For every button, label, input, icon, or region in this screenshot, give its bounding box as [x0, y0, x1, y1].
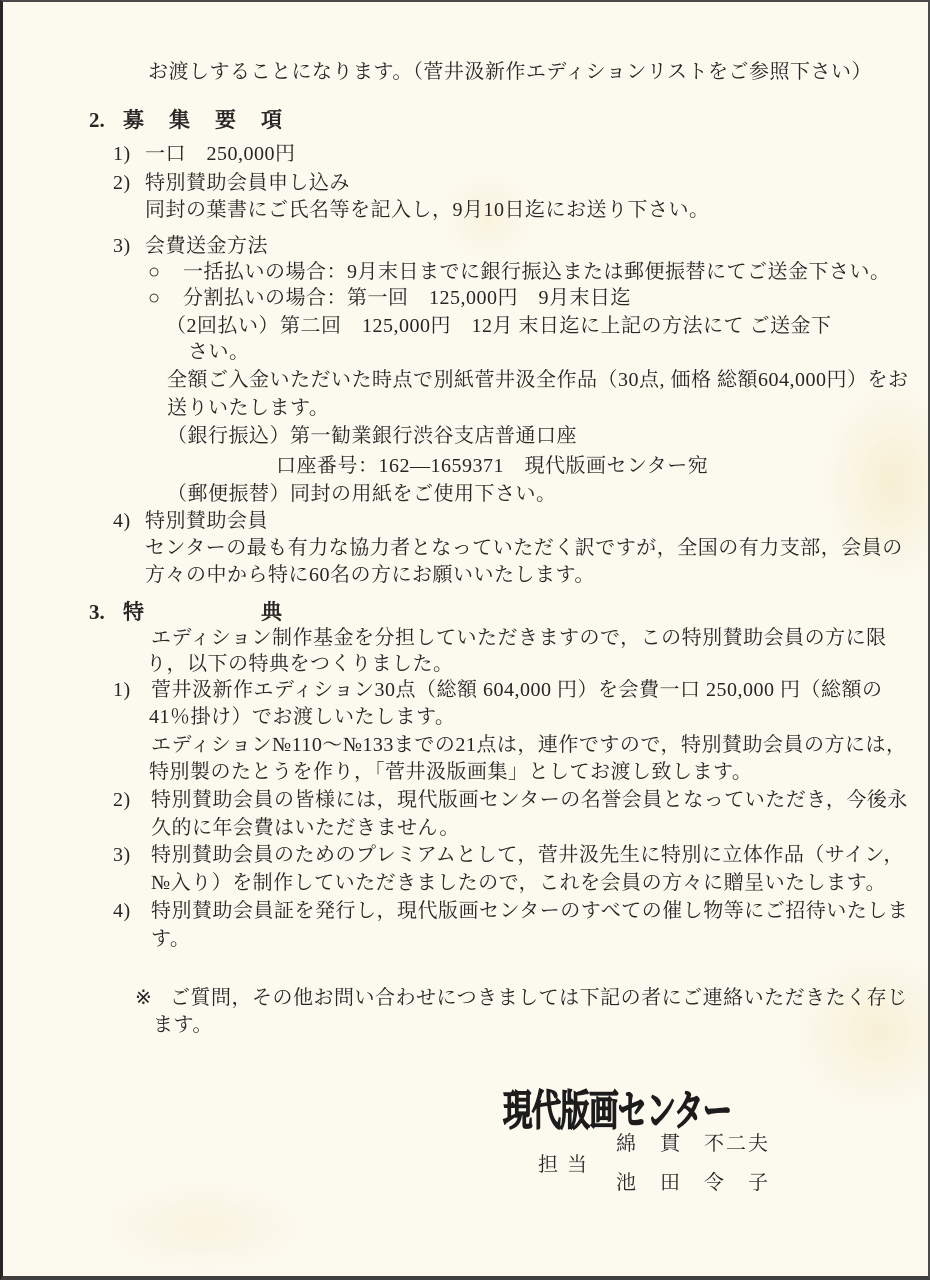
bullet-lump-sum: ○一括払いの場合：9月末日までに銀行振込または郵便振替にてご送金下さい。 [148, 260, 891, 285]
item-application-text: 特別賛助会員申し込み [145, 172, 350, 194]
bullet-lump-sum-text: 一括払いの場合：9月末日までに銀行振込または郵便振替にてご送金下さい。 [183, 261, 891, 283]
reference-mark-icon: ※ [135, 986, 170, 1011]
bank-transfer-line: （銀行振込）第一勧業銀行渋谷支店普通口座 [167, 424, 577, 449]
contact-name-2: 池 田 令 子 [616, 1171, 770, 1196]
item-number: 2) [113, 171, 145, 196]
benefits-lead-2: り，以下の特典をつくりました。 [146, 652, 454, 677]
circle-bullet-icon: ○ [148, 260, 183, 285]
bullet-installment-text: 分割払いの場合：第一回 125,000円 9月末日迄 [183, 287, 631, 309]
item-special-member-text: 特別賛助会員 [145, 510, 268, 532]
section-2-number: 2. [89, 107, 123, 133]
benefit-2-line-1: 特別賛助会員の皆様には，現代版画センターの名誉会員となっていただき，今後永 [151, 789, 908, 811]
benefits-lead-1: エディション制作基金を分担していただきますので，この特別賛助会員の方に限 [151, 626, 887, 651]
benefit-1: 1)菅井汲新作エディション30点（総額 604,000 円）を会費一口 250,… [113, 678, 883, 703]
paper-stain [793, 952, 930, 1112]
benefit-4-line-1: 特別賛助会員証を発行し，現代版画センターのすべての催し物等にご招待いたしま [151, 900, 908, 922]
payment-note-1: 全額ご入金いただいた時点で別紙菅井汲全作品（30点, 価格 総額604,000円… [167, 368, 909, 393]
account-number-line: 口座番号：162—1659371 現代版画センター宛 [276, 454, 708, 479]
intro-line: お渡しすることになります。（菅井汲新作エディションリストをご参照下さい） [148, 60, 872, 85]
installment-label: （2回払い） [166, 314, 279, 339]
inquiry-note-line-2: ます。 [153, 1013, 213, 1038]
inquiry-note-line-1: ご質問，その他お問い合わせにつきましては下記の者にご連絡いただきたく存じ [170, 987, 908, 1009]
benefit-1-line-2: 41％掛け）でお渡しいたします。 [149, 705, 455, 730]
section-2-heading: 2.募 集 要 項 [89, 107, 284, 133]
special-member-detail-1: センターの最も有力な協力者となっていただく訳ですが，全国の有力支部，会員の [145, 536, 903, 561]
item-application: 2)特別賛助会員申し込み [113, 171, 350, 196]
special-member-detail-2: 方々の中から特に60名の方にお願いいたします。 [145, 563, 595, 588]
benefit-2-line-2: 久的に年会費はいただきません。 [151, 816, 460, 841]
item-payment-method-text: 会費送金方法 [145, 235, 268, 257]
inquiry-note: ※ご質問，その他お問い合わせにつきましては下記の者にご連絡いただきたく存じ [135, 986, 908, 1011]
installment-cont: さい。 [188, 340, 250, 365]
item-number: 3) [113, 234, 145, 259]
section-3-heading: 3.特 典 [89, 599, 284, 625]
section-2-title: 募 集 要 項 [123, 108, 284, 132]
scanned-document-page: お渡しすることになります。（菅井汲新作エディションリストをご参照下さい） 2.募… [0, 0, 930, 1280]
benefit-4: 4)特別賛助会員証を発行し，現代版画センターのすべての催し物等にご招待いたしま [113, 899, 908, 924]
item-number: 4) [113, 899, 151, 924]
benefit-4-line-2: す。 [151, 927, 190, 952]
benefit-3-line-1: 特別賛助会員のためのプレミアムとして，菅井汲先生に特別に立体作品（サイン， [151, 844, 904, 866]
item-special-member: 4)特別賛助会員 [113, 509, 268, 534]
item-number: 1) [113, 678, 151, 703]
postal-transfer-line: （郵便振替）同封の用紙をご使用下さい。 [167, 482, 557, 507]
section-3-number: 3. [89, 599, 123, 625]
item-number: 1) [113, 142, 145, 167]
installment-second-payment: 第二回 125,000円 12月 末日迄に上記の方法にて ご送金下 [280, 314, 832, 339]
item-number: 2) [113, 788, 151, 813]
benefit-2: 2)特別賛助会員の皆様には，現代版画センターの名誉会員となっていただき，今後永 [113, 788, 908, 813]
application-detail: 同封の葉書にご氏名等を記入し，9月10日迄にお送り下さい。 [145, 198, 710, 223]
payment-note-2: 送りいたします。 [167, 396, 329, 421]
center-logo: 現代版画センター [503, 1078, 731, 1138]
bullet-installment: ○分割払いの場合：第一回 125,000円 9月末日迄 [148, 286, 631, 311]
section-3-title: 特 典 [123, 600, 284, 624]
benefit-3: 3)特別賛助会員のためのプレミアムとして，菅井汲先生に特別に立体作品（サイン， [113, 843, 904, 868]
benefit-1-line-4: 特別製のたとうを作り，「菅井汲版画集」としてお渡し致します。 [149, 760, 752, 785]
paper-stain [103, 1182, 303, 1272]
benefit-1-line-1: 菅井汲新作エディション30点（総額 604,000 円）を会費一口 250,00… [151, 679, 883, 701]
benefit-3-line-2: №入り）を制作していただきましたので，これを会員の方々に贈呈いたします。 [151, 871, 886, 896]
item-fee-text: 一口 250,000円 [145, 143, 296, 165]
item-payment-method: 3)会費送金方法 [113, 234, 268, 259]
item-number: 3) [113, 843, 151, 868]
item-fee: 1)一口 250,000円 [113, 142, 296, 167]
contact-label: 担 当 [538, 1153, 589, 1178]
item-number: 4) [113, 509, 145, 534]
circle-bullet-icon: ○ [148, 286, 183, 311]
contact-name-1: 綿 貫 不二夫 [616, 1132, 770, 1157]
benefit-1-line-3: エディション№110～№133までの21点は，連作ですので，特別賛助会員の方には… [151, 733, 907, 758]
